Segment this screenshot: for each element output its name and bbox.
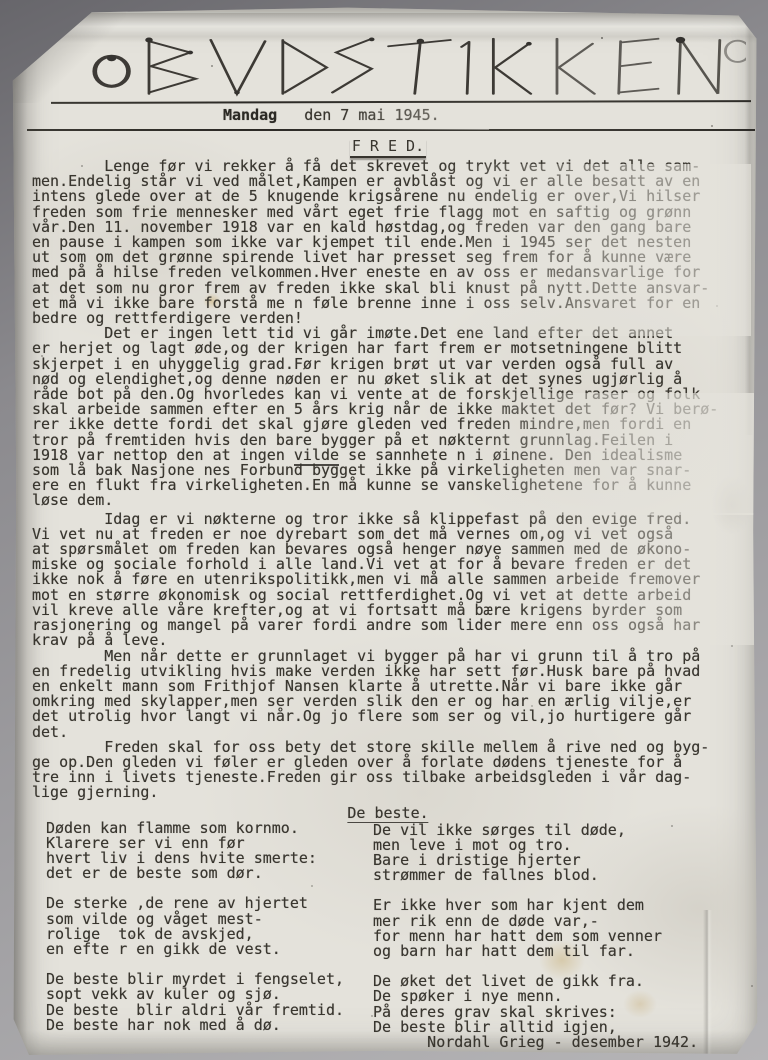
poem-column-left: Døden kan flamme som kornmo. Klarere ser… xyxy=(46,821,344,1048)
poem-stanza: Døden kan flamme som kornmo. Klarere ser… xyxy=(46,821,344,882)
masthead-logo: BUDSTIKKEN xyxy=(91,30,746,100)
poem-stanza: De beste blir myrdet i fengselet, sopt v… xyxy=(46,972,344,1033)
poem-stanza: De vil ikke sørges til døde, men leve i … xyxy=(373,823,698,884)
dateline-rule xyxy=(27,129,755,131)
paper-crease xyxy=(745,5,754,435)
dateline: Mandagden 7 mai 1945. xyxy=(223,106,440,124)
poem-stanza: De sterke ,de rene av hjertet som vilde … xyxy=(46,896,344,957)
poem-section: De beste. Døden kan flamme som kornmo. K… xyxy=(32,806,744,1060)
article-title: F R E D. xyxy=(32,137,744,156)
dateline-date: den 7 mai 1945. xyxy=(304,106,439,124)
newspaper-page: BUDSTIKKEN xyxy=(11,5,758,1056)
article-paragraph: Freden skal for oss bety det store skill… xyxy=(32,740,744,801)
poem-stanza: De øket det livet de gikk fra. De spøker… xyxy=(373,974,698,1035)
poem-signature: Nordahl Grieg - desember 1942. xyxy=(373,1035,698,1050)
dateline-day: Mandag xyxy=(223,106,277,124)
scan-background: BUDSTIKKEN xyxy=(0,0,768,1060)
masthead-rule xyxy=(51,100,751,104)
article-body: F R E D. Lenge før vi rekker å få det sk… xyxy=(32,137,744,1060)
article-paragraph: Lenge før vi rekker å få det skrevet og … xyxy=(32,159,744,326)
ink-specks xyxy=(11,5,13,7)
article-paragraph: Idag er vi nøkterne og tror ikke så klip… xyxy=(32,512,744,649)
article-paragraph: Men når dette er grunnlaget vi bygger på… xyxy=(32,649,744,740)
poem-stanza: Er ikke hver som har kjent dem mer rik e… xyxy=(373,898,698,959)
poem-column-right: De vil ikke sørges til døde, men leve i … xyxy=(373,823,698,1051)
article-paragraph: Det er ingen lett tid vi går imøte.Det e… xyxy=(32,326,744,508)
